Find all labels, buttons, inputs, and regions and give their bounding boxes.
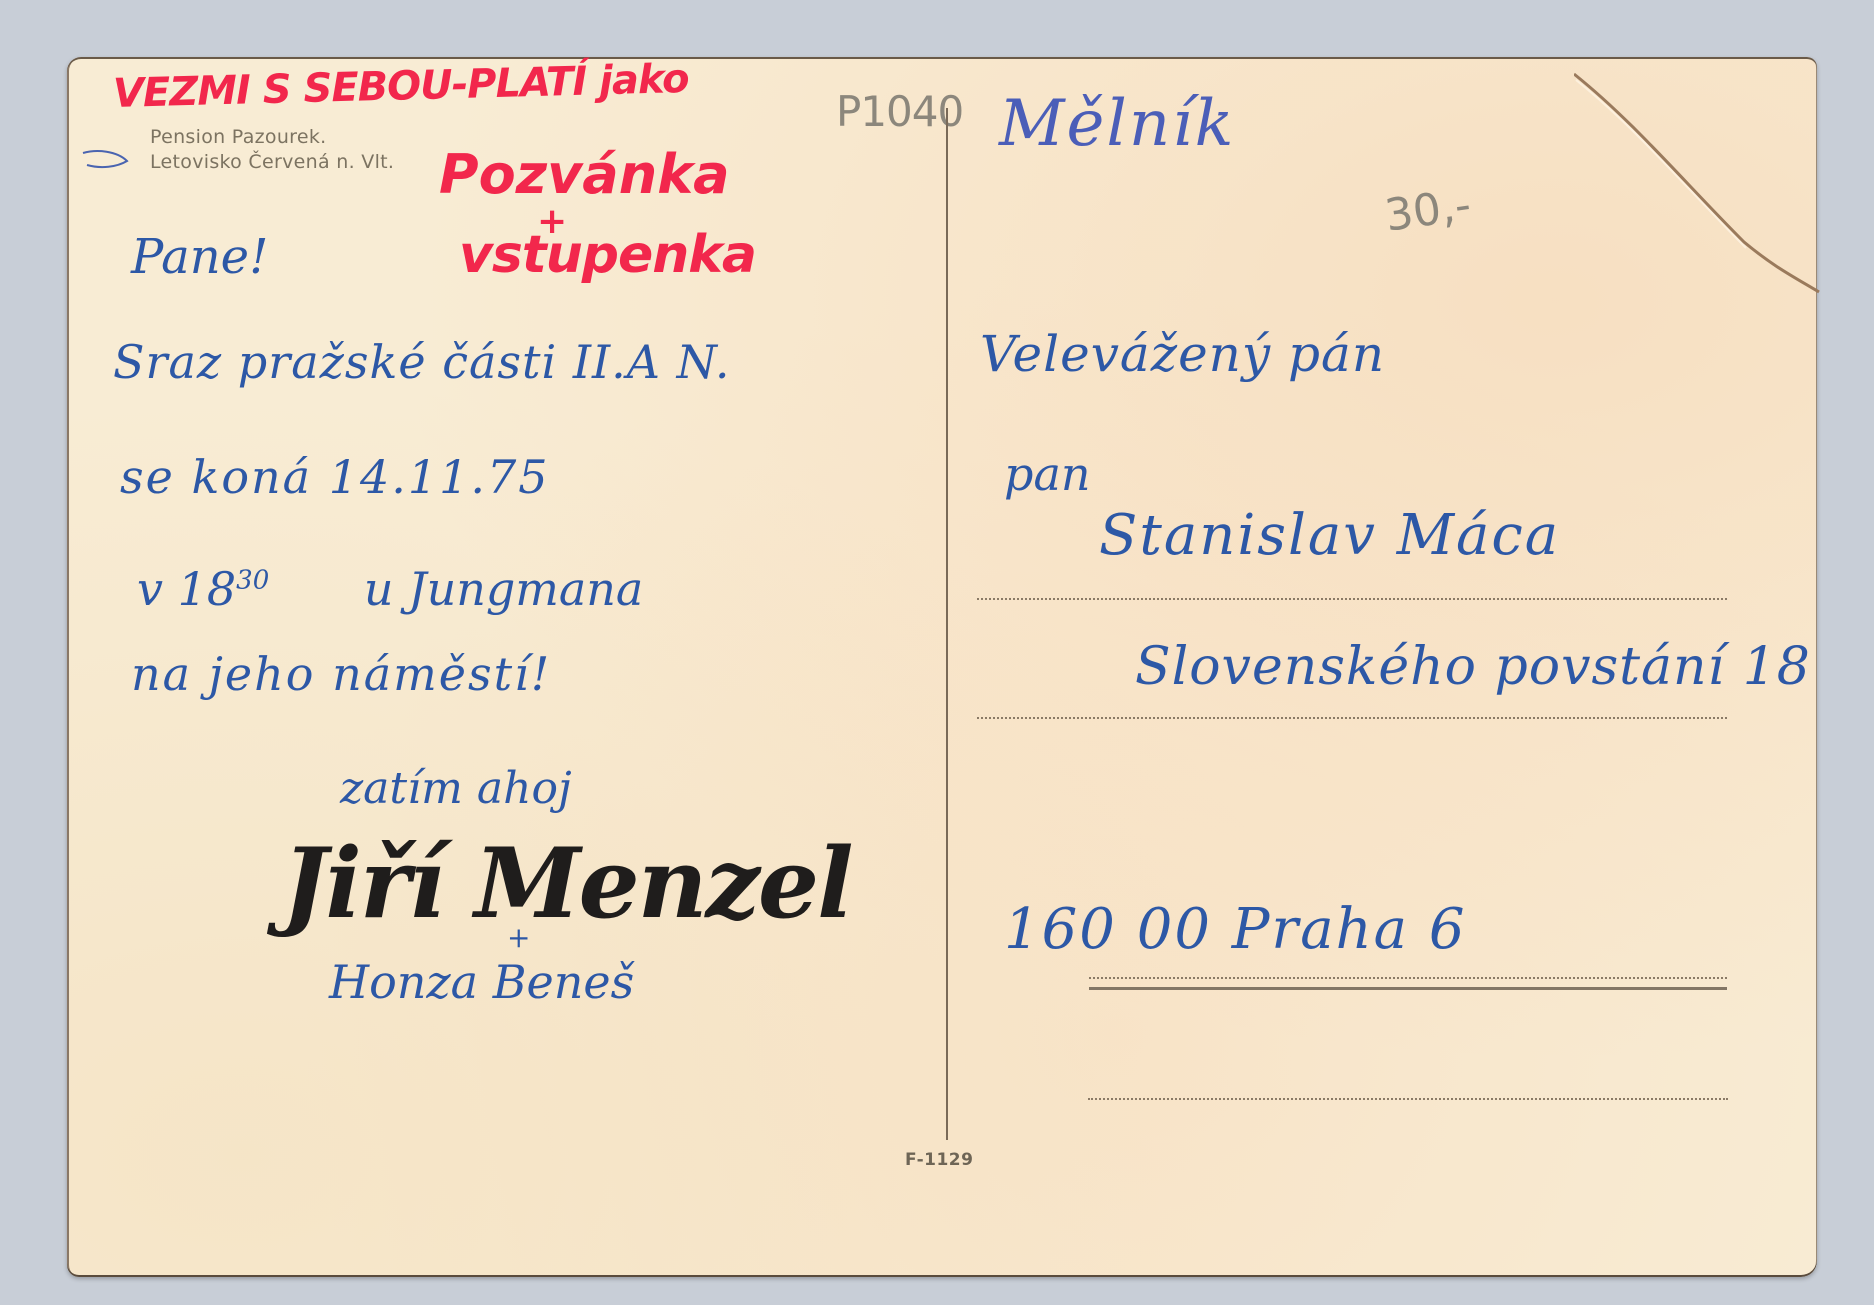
red-annotation-pozvanka: Pozvánka — [439, 143, 730, 206]
postcard: VEZMI S SEBOU-PLATÍ jako Pozvánka + vstu… — [67, 57, 1817, 1277]
message-line3-sup: 30 — [236, 566, 269, 596]
town-note: Mělník — [999, 87, 1235, 161]
pencil-price: 30,- — [1382, 179, 1474, 241]
message-line3-suffix: u Jungmana — [364, 562, 643, 616]
message-line4: na jeho náměstí! — [131, 647, 551, 701]
arrow-mark-icon — [79, 147, 131, 173]
address-street: Slovenského povstání 18 — [1135, 637, 1811, 697]
message-line2: se koná 14.11.75 — [120, 450, 550, 504]
signature-secondary: Honza Beneš — [329, 955, 634, 1009]
address-line-4 — [1088, 1098, 1728, 1100]
printed-header-line2: Letovisko Červená n. Vlt. — [150, 150, 394, 175]
message-line3: v 1830 u Jungmana — [137, 562, 643, 616]
signature-primary: Jiří Menzel — [282, 827, 852, 940]
message-greeting: Pane! — [131, 229, 268, 285]
address-line-1 — [977, 598, 1727, 600]
pencil-code: P1040 — [836, 87, 963, 136]
address-salutation: Velevážený pán — [980, 325, 1385, 383]
address-title: pan — [1004, 447, 1091, 501]
printed-header-line1: Pension Pazourek. — [150, 125, 394, 150]
address-name: Stanislav Máca — [1099, 503, 1560, 568]
message-closing: zatím ahoj — [340, 763, 572, 814]
red-annotation-vstupenka: vstupenka — [459, 225, 756, 285]
address-line-2 — [977, 717, 1727, 719]
vertical-divider — [946, 108, 948, 1140]
message-line1: Sraz pražské části II.A N. — [113, 335, 731, 389]
address-city: 160 00 Praha 6 — [1004, 897, 1466, 962]
message-line3-prefix: v 18 — [137, 562, 236, 616]
printed-sender-header: Pension Pazourek. Letovisko Červená n. V… — [150, 125, 394, 175]
red-annotation-line1: VEZMI S SEBOU-PLATÍ jako — [112, 56, 689, 117]
address-line-3 — [1089, 977, 1727, 979]
signature-plus: + — [507, 921, 530, 954]
address-underline — [1089, 987, 1727, 990]
print-code: F-1129 — [905, 1150, 973, 1170]
